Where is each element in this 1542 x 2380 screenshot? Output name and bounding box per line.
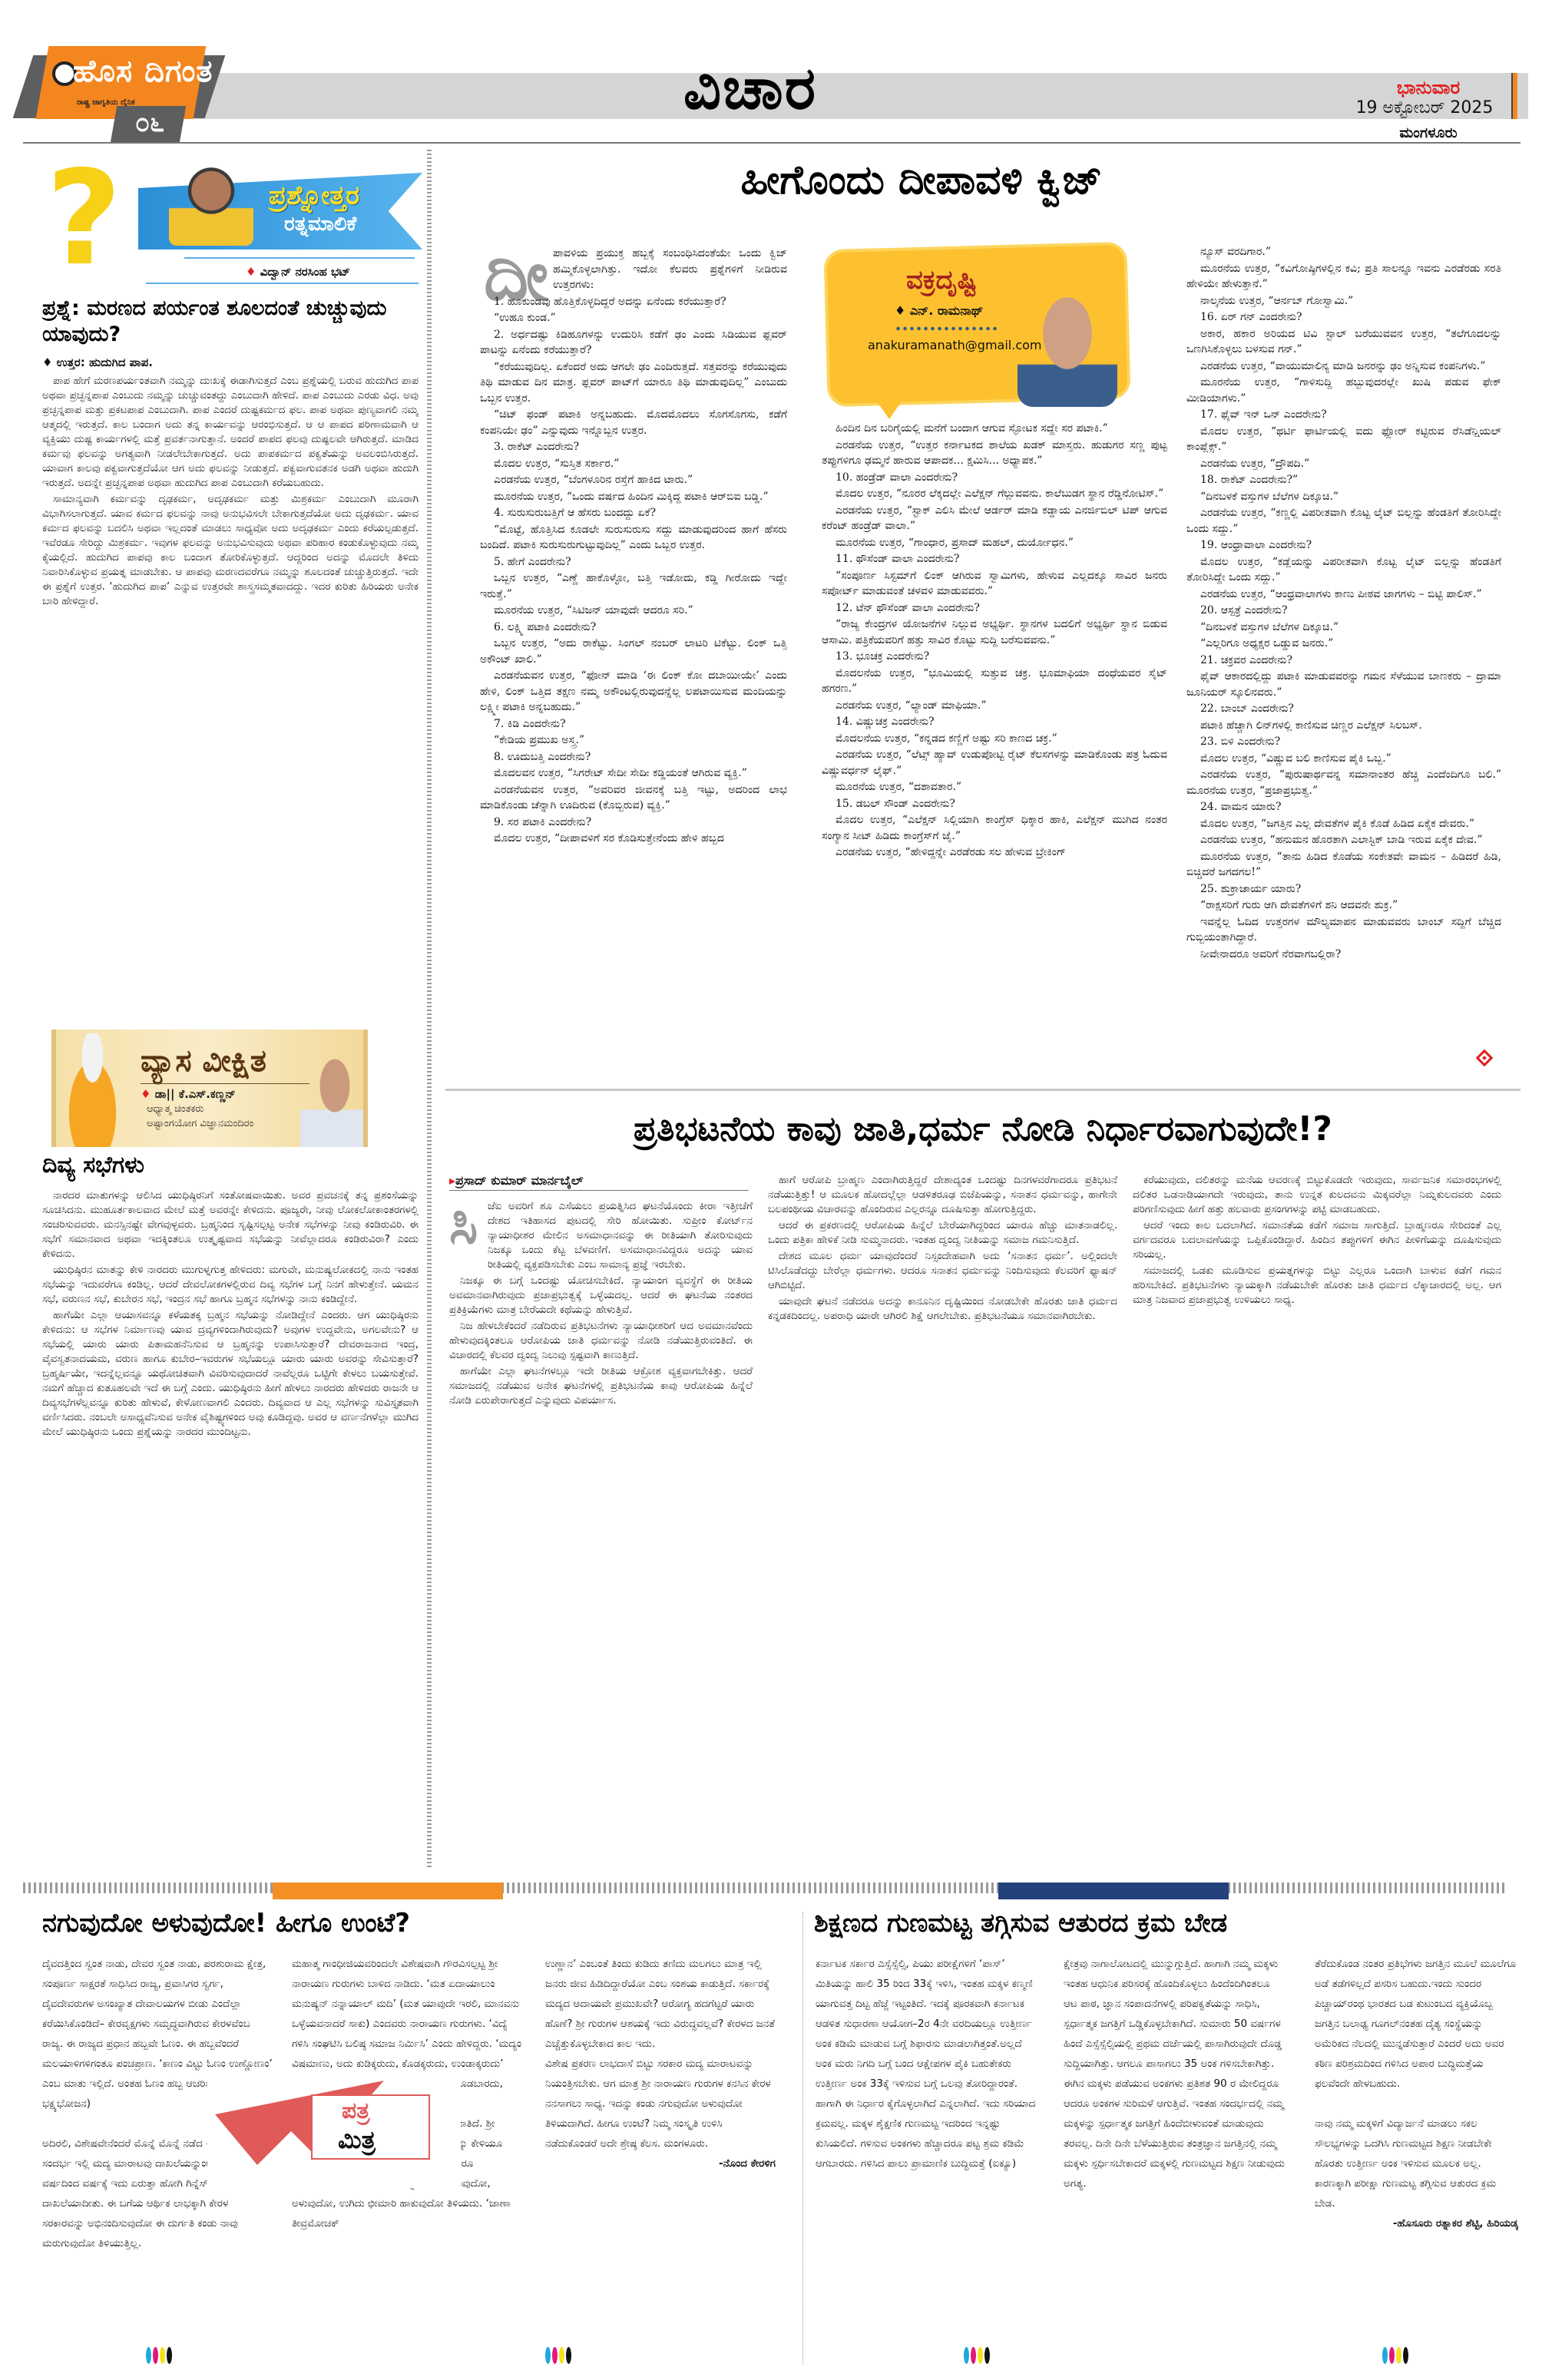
quiz-answer: ಮೊದಲ ಉತ್ತರ, “ಜಗತ್ತಿನ ಎಲ್ಲ ದೇವತೆಗಳ ಪೈಕಿ ಕ… [1186, 816, 1501, 832]
quiz-question: 7. ಕಿಡಿ ಎಂದರೇನು? [480, 716, 787, 732]
print-registration-mark [1382, 2347, 1408, 2364]
paragraph: ಜೆಐ ಅವರಿಗೆ ಶೂ ಎಸೆಯಲು ಪ್ರಯತ್ನಿಸಿದ ಘಟನೆಯೊಂ… [488, 1199, 753, 1272]
masthead: ಹೊಸ ದಿಗಂತ ರಾಷ್ಟ್ರ ಜಾಗೃತಿಯ ದೈನಿಕ ೦೬ ವಿಚಾರ… [0, 0, 1542, 154]
paragraph: ನಾವು ನಮ್ಮ ಮಕ್ಕಳಿಗೆ ವಿದ್ಯಾರ್ಜನೆ ಮಾಡಲು ಸಕಲ… [1315, 2114, 1518, 2213]
paragraph: ಸಮಾಜದಲ್ಲಿ ಒಡಕು ಮೂಡಿಸುವ ಪ್ರಯತ್ನಗಳನ್ನು ಬಿಟ… [1133, 1264, 1501, 1307]
paragraph: ತೆರೆದುಕೊಂಡ ನಂತರ ಪ್ರತಿಭೆಗಳು ಜಗತ್ತಿನ ಮೂಲೆ … [1315, 1954, 1518, 2094]
decorative-line [184, 257, 415, 259]
letter-column-1: ಕರ್ನಾಟಕ ಸರ್ಕಾರ ಎಸ್ಸೆಸ್ಸೆಲ್ಸಿ, ಪಿಯು ಪರೀಕ್… [816, 1954, 1038, 2307]
quiz-question: 9. ಸರ ಪಟಾಕಿ ಎಂದರೇನು? [480, 815, 787, 831]
bullet-arrow-icon: ▸ [449, 1173, 455, 1188]
vyasa-banner: ವ್ಯಾಸ ವೀಕ್ಷಿತ ♦ ಡಾ|| ಕೆ.ಎಸ್.ಕಣ್ಣನ್ ಆಧ್ಯಾ… [51, 1030, 368, 1147]
patra-mitra-logo: ಪತ್ರ ಮಿತ್ರ [207, 2073, 461, 2188]
quiz-answer: ಮೊದಲ ಉತ್ತರ, “ಕಡ್ಲೆಯನ್ನು ವಿಪರೀತವಾಗಿ ಕೊಟ್ಟ… [1186, 554, 1501, 586]
column-title: ಪ್ರಶ್ನೋತ್ತರ [269, 180, 359, 211]
author-name: ♦ ಎನ್. ರಾಮನಾಥ್ [895, 303, 983, 319]
quiz-answer: ಎರಡನೆಯವನ ಉತ್ತರ, “ಫೋನ್ ಮಾಡಿ ‘ಈ ಲಿಂಕ್ ಕೋ ದ… [480, 668, 787, 716]
article-body: ಪಾಪ ಹೇಗೆ ಮರಣಪರ್ಯಂತವಾಗಿ ನಮ್ಮನ್ನು ದುಃಖಕ್ಕೆ… [42, 374, 419, 1011]
column-divider [802, 1912, 803, 2365]
speech-bubble-tail [875, 399, 903, 419]
quiz-answer: “ದಿನಬಳಕೆ ವಸ್ತುಗಳ ಬೆಲೆಗಳ ದಿಕ್ಕೂಚಿ.” [1186, 620, 1501, 636]
quiz-question: 10. ಹಂಡ್ರೆಡ್ ವಾಲಾ ಎಂದರೇನು? [822, 470, 1167, 486]
quiz-question: 17. ಫೈವ್ ಇನ್ ಒನ್ ಎಂದರೇನು? [1186, 407, 1501, 423]
paragraph: ಹಾಗೆಯೇ ಎಲ್ಲಾ ಘಟನೆಗಳಲ್ಲೂ ಇದೇ ರೀತಿಯ ಆಕ್ರೋಶ… [449, 1364, 753, 1408]
decorative-dots [895, 326, 998, 331]
author-photo [1018, 284, 1117, 407]
print-registration-mark [545, 2347, 571, 2364]
orange-accent-bar [273, 1883, 503, 1899]
letter-column-2: ಕ್ಷೇತ್ರವು ನಾಗಾಲೋಟದಲ್ಲಿ ಮುನ್ನುಗ್ಗುತ್ತಿದೆ.… [1064, 1954, 1286, 2307]
paragraph: ಯುಧಿಷ್ಠಿರನ ಮಾತನ್ನು ಕೇಳಿ ನಾರದರು ಮುಗುಳ್ನಗು… [42, 1263, 419, 1307]
quiz-answer: ಮೂರನೆಯ ಉತ್ತರ, “ಗಾಳಿಸುದ್ದಿ ಹಬ್ಬುವುದರಲ್ಲೇ … [1186, 375, 1501, 406]
quiz-question: 8. ಊದುಬತ್ತಿ ಎಂದರೇನು? [480, 749, 787, 765]
paragraph: ಸಾಮಾನ್ಯವಾಗಿ ಕರ್ಮವನ್ನು ದೃಢಕರ್ಮ, ಅದೃಢಕರ್ಮ … [42, 492, 419, 609]
column-title: ವಕ್ರದೃಷ್ಟಿ [906, 265, 977, 296]
paragraph: ಹಾಗೆ ಆರೋಪಿ ಬ್ರಾಹ್ಮಣ ಎಂದಾಗಿರುತ್ತಿದ್ದರೆ ದೇ… [768, 1173, 1117, 1217]
quiz-answer: ಎರಡನೆಯ ಉತ್ತರ, “ಬೆಂಗಳೂರಿನ ರಸ್ತೆಗೆ ಹಾಕಿದ ಟ… [480, 472, 787, 488]
paragraph: ಯಾವುದೇ ಘಟನೆ ನಡೆದರೂ ಅದನ್ನು ಕಾನೂನಿನ ದೃಷ್ಟಿ… [768, 1294, 1117, 1324]
paragraph: ನಿಜಕ್ಕೂ ಈ ಬಗ್ಗೆ ಒಂದಷ್ಟು ಯೋಚಿಸಬೇಕಿದೆ. ನ್ಯ… [449, 1274, 753, 1317]
quiz-question: 23. ಬಿಳಿ ಎಂದರೇನು? [1186, 734, 1501, 750]
header-gray-band [192, 73, 1528, 119]
article-headline: ಶಿಕ್ಷಣದ ಗುಣಮಟ್ಟ ತಗ್ಗಿಸುವ ಆತುರದ ಕ್ರಮ ಬೇಡ [814, 1908, 1227, 1939]
quiz-answer: “ಎಲ್ಲರಿಗೂ ಅಧ್ಯಕ್ಷರ ಒಡ್ಡುವ ಜನರು.” [1186, 636, 1501, 652]
quiz-question: 13. ಭೂಚಕ್ರ ಎಂದರೇನು? [822, 649, 1167, 665]
paragraph: ಕರೆಯುವುದು, ದಲಿತರನ್ನು ಮನೆಯ ಆವರಣಕ್ಕೆ ಬಿಟ್ಟ… [1133, 1173, 1501, 1217]
paragraph: ಇವನ್ನೆಲ್ಲ ಓದಿದ ಉತ್ತರಗಳ ಮೌಲ್ಯಮಾಪನ ಮಾಡುವವರ… [1186, 914, 1501, 946]
author-photo [169, 161, 253, 246]
quiz-answer: ಮೊದಲ ಉತ್ತರ, “ದೀಪಾವಳಿಗೆ ಸರ ಕೊಡಿಸುತ್ತೇನೆಂದ… [480, 831, 787, 847]
quiz-answer: ಎರಡನೆಯ ಉತ್ತರ, “ಹೇಳಿದ್ದನ್ನೇ ಎರಡೆರಡು ಸಲ ಹೇ… [822, 845, 1167, 861]
quiz-answer: “ಸಂಪೂರ್ಣ ಸಿಸ್ಟಮ್‌ಗೆ ಲಿಂಕ್ ಆಗಿರುವ ಸ್ವಾಮಿಗ… [822, 568, 1167, 600]
paragraph: ಹಿಂದಿನ ದಿನ ಬರಿಗೈಯಲ್ಲಿ ಮನೆಗೆ ಬಂದಾಗ ಆಗುವ ಸ… [822, 421, 1167, 437]
column-divider [427, 150, 432, 1869]
quiz-answer: ಮೂರನೆಯ ಉತ್ತರ, “ಕವಿಗೋಷ್ಠಿಗಳಲ್ಲಿನ ಕವಿ; ಪ್ರ… [1186, 261, 1501, 293]
prashnottara-banner: ? ಪ್ರಶ್ನೋತ್ತರ ರತ್ನಮಾಲಿಕೆ ♦ ವಿದ್ವಾನ್ ನರಸಿ… [38, 150, 422, 296]
quiz-question: 6. ಲಕ್ಷ್ಮಿ ಪಟಾಕಿ ಎಂದರೇನು? [480, 620, 787, 636]
paragraph: ಪಾಪ ಹೇಗೆ ಮರಣಪರ್ಯಂತವಾಗಿ ನಮ್ಮನ್ನು ದುಃಖಕ್ಕೆ… [42, 374, 419, 491]
quiz-answer: ಮೊದಲ ಉತ್ತರ, “ವಿಷ್ಣುವ ಬಲಿ ಕಾಣಿಸುವ ಪೈಕಿ ಒಬ… [1186, 751, 1501, 767]
byline-rule [449, 1190, 749, 1191]
section-divider [445, 1089, 1520, 1091]
author-email[interactable]: anakuramanath@gmail.com [868, 338, 1042, 352]
print-registration-mark [964, 2347, 990, 2364]
letter-column-3: ಉಣ್ಣಾನ’ ಎಂಬಂತೆ ತಿಂದು ಕುಡಿದು ತಣಿದು ಮಲಗಲು … [545, 1954, 776, 2307]
article-headline: ದಿವ್ಯ ಸಭೆಗಳು [42, 1152, 144, 1178]
article-column-1: ಪಾವಳಿಯ ಪ್ರಯುಕ್ತ ಹಬ್ಬಕ್ಕೆ ಸಂಬಂಧಿಸಿದಂತೆಯೇ … [480, 246, 787, 1079]
paragraph: ಆದರೆ ಈ ಪ್ರಕರಣದಲ್ಲಿ ಆರೋಪಿಯ ಹಿನ್ನೆಲೆ ಬೇರೆಯ… [768, 1218, 1117, 1248]
quiz-answer: ಮೂರನೆಯ ಉತ್ತರ, “ಗಾಂಧಾರ, ಪ್ರಸಾದ್ ಮಹಲ್, ದುರ… [822, 535, 1167, 551]
quiz-question: 20. ಆಸ್ಪತ್ರೆ ಎಂದರೇನು? [1186, 603, 1501, 619]
quiz-question: 25. ಶುಕ್ರಾಚಾರ್ಯ ಯಾರು? [1186, 881, 1501, 897]
quiz-answer: ಮೊದಲ ಉತ್ತರ, “ನೂರರ ಲೆಕ್ಕದಲ್ಲೇ ಎಲೆಕ್ಷನ್ ಗೆ… [822, 486, 1167, 502]
article-headline: ಪ್ರತಿಭಟನೆಯ ಕಾವು ಜಾತಿ,ಧರ್ಮ ನೋಡಿ ನಿರ್ಧಾರವಾ… [445, 1109, 1520, 1149]
quiz-answer: ಎರಡನೆಯ ಉತ್ತರ, “ಲ್ಯಾಂಡ್ ಮಾಫಿಯಾ.” [822, 698, 1167, 714]
issue-date: 19 ಅಕ್ಟೋಬರ್ 2025 [1336, 98, 1513, 117]
quiz-question: 24. ವಾಮನ ಯಾರು? [1186, 799, 1501, 815]
question-headline: ಪ್ರಶ್ನೆ: ಮರಣದ ಪರ್ಯಂತ ಶೂಲದಂತೆ ಚುಚ್ಚುವುದು … [42, 296, 419, 348]
title-rule [141, 1083, 309, 1084]
quiz-question: 22. ಬಾಂಬ್ ಎಂದರೇನು? [1186, 701, 1501, 717]
letter-column-3: ತೆರೆದುಕೊಂಡ ನಂತರ ಪ್ರತಿಭೆಗಳು ಜಗತ್ತಿನ ಮೂಲೆ … [1315, 1954, 1518, 2307]
letter-signature: -ನೊಂದ ಕೇರಳಿಗ [545, 2154, 776, 2173]
quiz-answer: ಎರಡನೆಯ ಉತ್ತರ, “ಆಂಧ್ರವಾಲಾಗಳು ಕಾಣು ಪೀಠವ ಜಾ… [1186, 587, 1501, 603]
paragraph: ನಿಜ ಹೇಳಬೇಕೆಂದರೆ ನಡೆದಿರುವ ಪ್ರತಿಭಟನೆಗಳು ನ್… [449, 1319, 753, 1363]
edition-city: ಮಂಗಳೂರು [1352, 124, 1505, 141]
quiz-answer: ಮೂರನೆಯ ಉತ್ತರ, “ದಶಾವತಾರ.” [822, 779, 1167, 795]
quiz-answer: ನಾಲ್ಕನೆಯ ಉತ್ತರ, “ಆರ್ನಬ್ ಗೋಸ್ವಾಮಿ.” [1186, 293, 1501, 309]
quiz-answer: ಎರಡನೆಯ ಉತ್ತರ, “ಕಣ್ಣಲ್ಲಿ ವಿಪರೀತವಾಗಿ ಕೊಟ್ಟ… [1186, 505, 1501, 537]
article-column-2: ಹಿಂದಿನ ದಿನ ಬರಿಗೈಯಲ್ಲಿ ಮನೆಗೆ ಬಂದಾಗ ಆಗುವ ಸ… [822, 421, 1167, 1081]
paragraph: ಕರ್ನಾಟಕ ಸರ್ಕಾರ ಎಸ್ಸೆಸ್ಸೆಲ್ಸಿ, ಪಿಯು ಪರೀಕ್… [816, 1954, 1038, 2173]
quiz-question: 19. ಆಂಧ್ರಾವಾಲಾ ಎಂದರೇನು? [1186, 537, 1501, 554]
quiz-answer: “ಉಹೂ ಕುಂಡ.” [480, 310, 787, 326]
column-subtitle: ರತ್ನಮಾಲಿಕೆ [284, 213, 356, 236]
author-name: ಪ್ರಸಾದ್ ಕುಮಾರ್ ಮಾರ್ನಬೈಲ್ [455, 1173, 583, 1188]
quiz-answer: ಎರಡನೆಯ ಉತ್ತರ, “ಪುರುಷಾರ್ಥವನ್ನ ಸಮಾನಾಂತರ ಹೆ… [1186, 767, 1501, 798]
letter-signature: -ಹೊಸೂರು ರತ್ನಾಕರ ಶೆಟ್ಟಿ, ಹಿರಿಯಡ್ಕ [1315, 2213, 1518, 2233]
quiz-answer: ಒಬ್ಬನ ಉತ್ತರ, “ಅದು ರಾಕೆಟ್ಟು. ಸಿಂಗಲ್ ನಂಬರ್… [480, 636, 787, 667]
quiz-answer: ಎರಡನೆಯವನ ಉತ್ತರ, “ಅವರಿವರ ಜೀವನಕ್ಕೆ ಬತ್ತಿ ಇ… [480, 782, 787, 814]
quiz-answer: ಎರಡನೆಯ ಉತ್ತರ, “ಸ್ಟಾಕ್ ಎಲಿಸಿ ಮೇಲೆ ಆರ್ಡರ್ … [822, 503, 1167, 534]
newspaper-logo[interactable]: ಹೊಸ ದಿಗಂತ [73, 54, 213, 89]
quiz-answer: ಮೊದಲನೆಯ ಉತ್ತರ, “ಭೂಮಿಯಲ್ಲಿ ಸುತ್ತುವ ಚಕ್ರ. … [822, 666, 1167, 697]
quiz-question: 14. ವಿಷ್ಣುಚಕ್ರ ಎಂದರೇನು? [822, 714, 1167, 730]
print-registration-mark [146, 2347, 172, 2364]
quiz-answer: “ಕೇಡಿಯ ಪ್ರಮುಖ ಅಸ್ತ್ರ.” [480, 732, 787, 749]
bullet-diamond-icon: ♦ [141, 1087, 151, 1101]
author-photo [300, 1053, 368, 1147]
quiz-question: 12. ಟೆನ್ ಥೌಸೆಂಡ್ ವಾಲಾ ಎಂದರೇನು? [822, 600, 1167, 616]
issue-day: ಭಾನುವಾರ [1352, 77, 1505, 98]
byline: ♦ ವಿದ್ವಾನ್ ನರಸಿಂಹ ಭಟ್ [246, 265, 350, 279]
quiz-answer: ಎರಡನೆಯ ಉತ್ತರ, “ಹನುಮನ ಹೊರತಾಗಿ ಎಲಾಸ್ಟಿಕ್ ಬ… [1186, 832, 1501, 848]
article-column-2: ಹಾಗೆ ಆರೋಪಿ ಬ್ರಾಹ್ಮಣ ಎಂದಾಗಿರುತ್ತಿದ್ದರೆ ದೇ… [768, 1173, 1117, 1849]
quiz-question: 2. ಅರ್ಧದಷ್ಟು ಕಿಡಿಹೂಗಳನ್ನು ಉದುರಿಸಿ ಕಡೆಗೆ … [480, 327, 787, 359]
paragraph: ದೇಶದ ಮೂಲ ಧರ್ಮ ಯಾವುದೆಂದರೆ ನಿಸ್ಸಂದೇಹವಾಗಿ ಅ… [768, 1249, 1117, 1293]
quiz-answer: “ಮೊಟ್ಟೆ, ಹೊತ್ತಿಸಿದ ಕೂಡಲೇ ಸುರುಸುರುಸು ಸದ್ದ… [480, 522, 787, 554]
quiz-answer: ಎರಡನೆಯ ಉತ್ತರ, “ವಾಯುಮಾಲಿನ್ಯ ಮಾಡಿ ಜನರನ್ನು … [1186, 359, 1501, 375]
quiz-answer: ಮೂರನೆಯ ಉತ್ತರ, “ತಾನು ಹಿಡಿದ ಕೊಡೆಯ ಸಂಕೇತವೇ … [1186, 849, 1501, 881]
article-headline: ನಗುವುದೋ ಅಳುವುದೋ! ಹೀಗೂ ಉಂಟೆ? [42, 1908, 410, 1939]
quiz-question: 3. ರಾಕೆಟ್ ಎಂದರೇನು? [480, 439, 787, 455]
logo-text-top: ಪತ್ರ [342, 2097, 369, 2124]
quiz-answer: “ರಾಜ್ಯ ಕೇಂದ್ರಗಳ ಯೋಜನೆಗಳ ನಿಲ್ಲುವ ಅಭ್ಯರ್ಥಿ… [822, 616, 1167, 648]
quiz-answer: ಮೊದಲವನ ಉತ್ತರ, “ಸಿಗರೇಟ್ ಸೇದೀ ಸೇದೀ ಕಡ್ಡಿಯಂ… [480, 765, 787, 782]
quiz-question: 1. ಹೂಕುಂಡವು ಹೊತ್ತಿಕೊಳ್ಳದಿದ್ದರೆ ಅದನ್ನು ಏನ… [480, 294, 787, 310]
quiz-answer: “ದಿನಬಳಕೆ ವಸ್ತುಗಳ ಬೆಲೆಗಳ ದಿಕ್ಕೂಚಿ.” [1186, 489, 1501, 505]
quiz-answer: ಪಟಾಕಿ ಹೆಚ್ಚಾಗಿ ಲಿನ್‌ಗಳಲ್ಲಿ ಕಾಣಿಸುವ ಚಿಣ್ಣ… [1186, 718, 1501, 734]
logo-text-bottom: ಮಿತ್ರ [338, 2125, 376, 2155]
quiz-answer: “ಕರೆಯುವುದಿಲ್ಲ. ಏಕೆಂದರೆ ಅದು ಆಗಲೇ ಢಂ ಎಂದಿರ… [480, 359, 787, 407]
paragraph: ಹಾಗೆಯೇ ಎಲ್ಲಾ ಆಯಾಸವನ್ನೂ ಕಳೆಯತಕ್ಕ ಬ್ರಹ್ಮನ … [42, 1308, 419, 1440]
quiz-answer: ಅಕಾರ, ಹಕಾರ ಅರಿಯದ ಟಿವಿ ಸ್ಟಾಲ್ ಬರೆಯುವವನ ಉತ… [1186, 326, 1501, 358]
byline: ▸ಪ್ರಸಾದ್ ಕುಮಾರ್ ಮಾರ್ನಬೈಲ್ [449, 1173, 583, 1188]
article-column-3: ನ್ಯೂಸ್ ವರದಿಗಾರ.” ಮೂರನೆಯ ಉತ್ತರ, “ಕವಿಗೋಷ್ಠ… [1186, 244, 1501, 1081]
column-title: ವ್ಯಾಸ ವೀಕ್ಷಿತ [141, 1043, 266, 1079]
quiz-answer: ಎರಡನೆಯ ಉತ್ತರ, “ದ್ರೌಪದಿ.” [1186, 456, 1501, 472]
article-column-3: ಕರೆಯುವುದು, ದಲಿತರನ್ನು ಮನೆಯ ಆವರಣಕ್ಕೆ ಬಿಟ್ಟ… [1133, 1173, 1501, 1849]
quiz-question: 4. ಸುರುಸುರುಬತ್ತಿಗೆ ಆ ಹೆಸರು ಬಂದದ್ದು ಏಕೆ? [480, 505, 787, 521]
quiz-answer: ಮೂರನೆಯ ಉತ್ತರ, “ಸಿಟಿಜನ್ ಯಾವುದೇ ಆದರೂ ಸರಿ.” [480, 603, 787, 619]
quiz-question: 11. ಥೌಸೆಂಡ್ ವಾಲಾ ಎಂದರೇನು? [822, 551, 1167, 567]
quiz-answer: ಒಬ್ಬನ ಉತ್ತರ, “ಎಣ್ಣೆ ಹಾಕೊಳ್ಳೋ, ಬತ್ತಿ ಇಡೋದ… [480, 570, 787, 602]
quiz-answer: ಮೊದಲ ಉತ್ತರ, “ಥರ್ಟಿ ಫಾರ್ಟಿಯಲ್ಲಿ ಐದು ಫ್ಲೋರ… [1186, 424, 1501, 455]
quiz-answer: ಫೈವ್ ಆಕಾರದಲ್ಲಿದ್ದು ಪಟಾಕಿ ಮಾಡುವವರನ್ನು ಗಮನ… [1186, 669, 1501, 700]
header-divider [23, 142, 1520, 144]
blue-accent-bar [998, 1883, 1229, 1899]
quiz-answer: ಮೂರನೆಯ ಉತ್ತರ, “ಒಂದು ವರ್ಷದ ಹಿಂದಿನ ಮಿಕ್ಕಿದ… [480, 489, 787, 505]
quiz-answer: ಎರಡನೆಯ ಉತ್ತರ, “ಲೆಟ್ಸ್ ಹ್ಯಾವ್ ಉಡುಪೋಟ್ಟಿ ರ… [822, 747, 1167, 778]
author-name: ♦ ಡಾ|| ಕೆ.ಎಸ್.ಕಣ್ಣನ್ [141, 1087, 236, 1101]
header-accent-bar [1511, 73, 1517, 119]
answer-line: ♦ ಉತ್ತರ: ಹುದುಗಿದ ಪಾಪ. [42, 355, 153, 369]
paragraph: ಆದರೆ ಇಂದು ಕಾಲ ಬದಲಾಗಿದೆ. ಸಮಾನತೆಯ ಕಡೆಗೆ ಸಮ… [1133, 1218, 1501, 1262]
author-institution: ಅಷ್ಟಾಂಗಯೋಗ ವಿಜ್ಞಾನಮಂದಿರಂ [147, 1118, 253, 1129]
quiz-answer: “ರಾಕ್ಷಸರಿಗೆ ಗುರು ಆಗಿ ದೇವತೆಗಳಿಗೆ ಶನಿ ಆದವನ… [1186, 897, 1501, 914]
quiz-question: 5. ಹೇಗೆ ಎಂದರೇನು? [480, 554, 787, 570]
quiz-answer: “ಚಿಟ್ ಫಂಡ್ ಪಟಾಕಿ ಅನ್ನಬಹುದು. ಮೊದಮೊದಲು ಸೊಗ… [480, 407, 787, 438]
sage-illustration [56, 1033, 129, 1147]
article-body: ನಾರದರ ಮಾತುಗಳನ್ನು ಆಲಿಸಿದ ಯುಧಿಷ್ಠಿರನಿಗೆ ಸಂ… [42, 1188, 419, 1872]
byline-rule [146, 283, 419, 284]
article-column-1: ಜೆಐ ಅವರಿಗೆ ಶೂ ಎಸೆಯಲು ಪ್ರಯತ್ನಿಸಿದ ಘಟನೆಯೊಂ… [449, 1199, 753, 1852]
paragraph: ಉಣ್ಣಾನ’ ಎಂಬಂತೆ ತಿಂದು ಕುಡಿದು ತಣಿದು ಮಲಗಲು … [545, 1954, 776, 2054]
bullet-diamond-icon: ♦ [246, 265, 256, 279]
author-role: ಆಧ್ಯಾತ್ಮ ಚಿಂತಕರು [147, 1103, 204, 1115]
author-name: ವಿದ್ವಾನ್ ನರಸಿಂಹ ಭಟ್ [260, 265, 350, 279]
paragraph: ನಾರದರ ಮಾತುಗಳನ್ನು ಆಲಿಸಿದ ಯುಧಿಷ್ಠಿರನಿಗೆ ಸಂ… [42, 1188, 419, 1261]
quiz-answer: ಮೊದಲ ಉತ್ತರ, “ಎಲೆಕ್ಷನ್ ಸಿಲ್ಲಿಯಾಗಿ ಕಾಂಗ್ರೆ… [822, 812, 1167, 844]
question-mark-icon: ? [46, 150, 122, 288]
paragraph: ನ್ಯೂಸ್ ವರದಿಗಾರ.” [1186, 244, 1501, 260]
quiz-question: 18. ರಾಕೆಟ್ ಎಂದರೇನು?” [1186, 472, 1501, 488]
article-headline: ಹೀಗೊಂದು ದೀಪಾವಳಿ ಕ್ವಿಜ್ [538, 157, 1305, 204]
paragraph: ವಿಶೇಷ ಪ್ರಕರಣ ಲಾಭದಾಸೆ ಬಿಟ್ಟು ಸರಕಾರ ಮದ್ಯ ಮ… [545, 2054, 776, 2154]
quiz-question: 21. ಚಕ್ರವರ ಎಂದರೇನು? [1186, 653, 1501, 669]
quiz-question: 15. ಡಬಲ್ ಸೌಂಡ್ ಎಂದರೇನು? [822, 796, 1167, 812]
paragraph: ಪಾವಳಿಯ ಪ್ರಯುಕ್ತ ಹಬ್ಬಕ್ಕೆ ಸಂಬಂಧಿಸಿದಂತೆಯೇ … [553, 246, 787, 293]
quiz-question: 16. ಏರ್ ಗನ್ ಎಂದರೇನು? [1186, 309, 1501, 326]
paragraph: ನೀವೇನಾದರೂ ಅವರಿಗೆ ನೆರವಾಗಬಲ್ಲಿರಾ? [1186, 947, 1501, 963]
quiz-answer: ಮೊದಲನೆಯ ಉತ್ತರ, “ಕನ್ನಡದ ಕಣ್ಣಿಗೆ ಅಷ್ಟು ಸರಿ… [822, 731, 1167, 747]
paragraph: ಎರಡನೆಯ ಉತ್ತರ, “ಉತ್ತರ ಕರ್ನಾಟಕದ ಶಾಲೆಯ ಖಡಕ್… [822, 438, 1167, 469]
page-number: ೦೬ [123, 107, 177, 138]
quiz-answer: ಮೊದಲ ಉತ್ತರ, “ಸುಸ್ತಿತ ಸರ್ಕಾರ.” [480, 456, 787, 472]
paragraph: ಕ್ಷೇತ್ರವು ನಾಗಾಲೋಟದಲ್ಲಿ ಮುನ್ನುಗ್ಗುತ್ತಿದೆ.… [1064, 1954, 1286, 2193]
section-title: ವಿಚಾರ [683, 54, 817, 124]
